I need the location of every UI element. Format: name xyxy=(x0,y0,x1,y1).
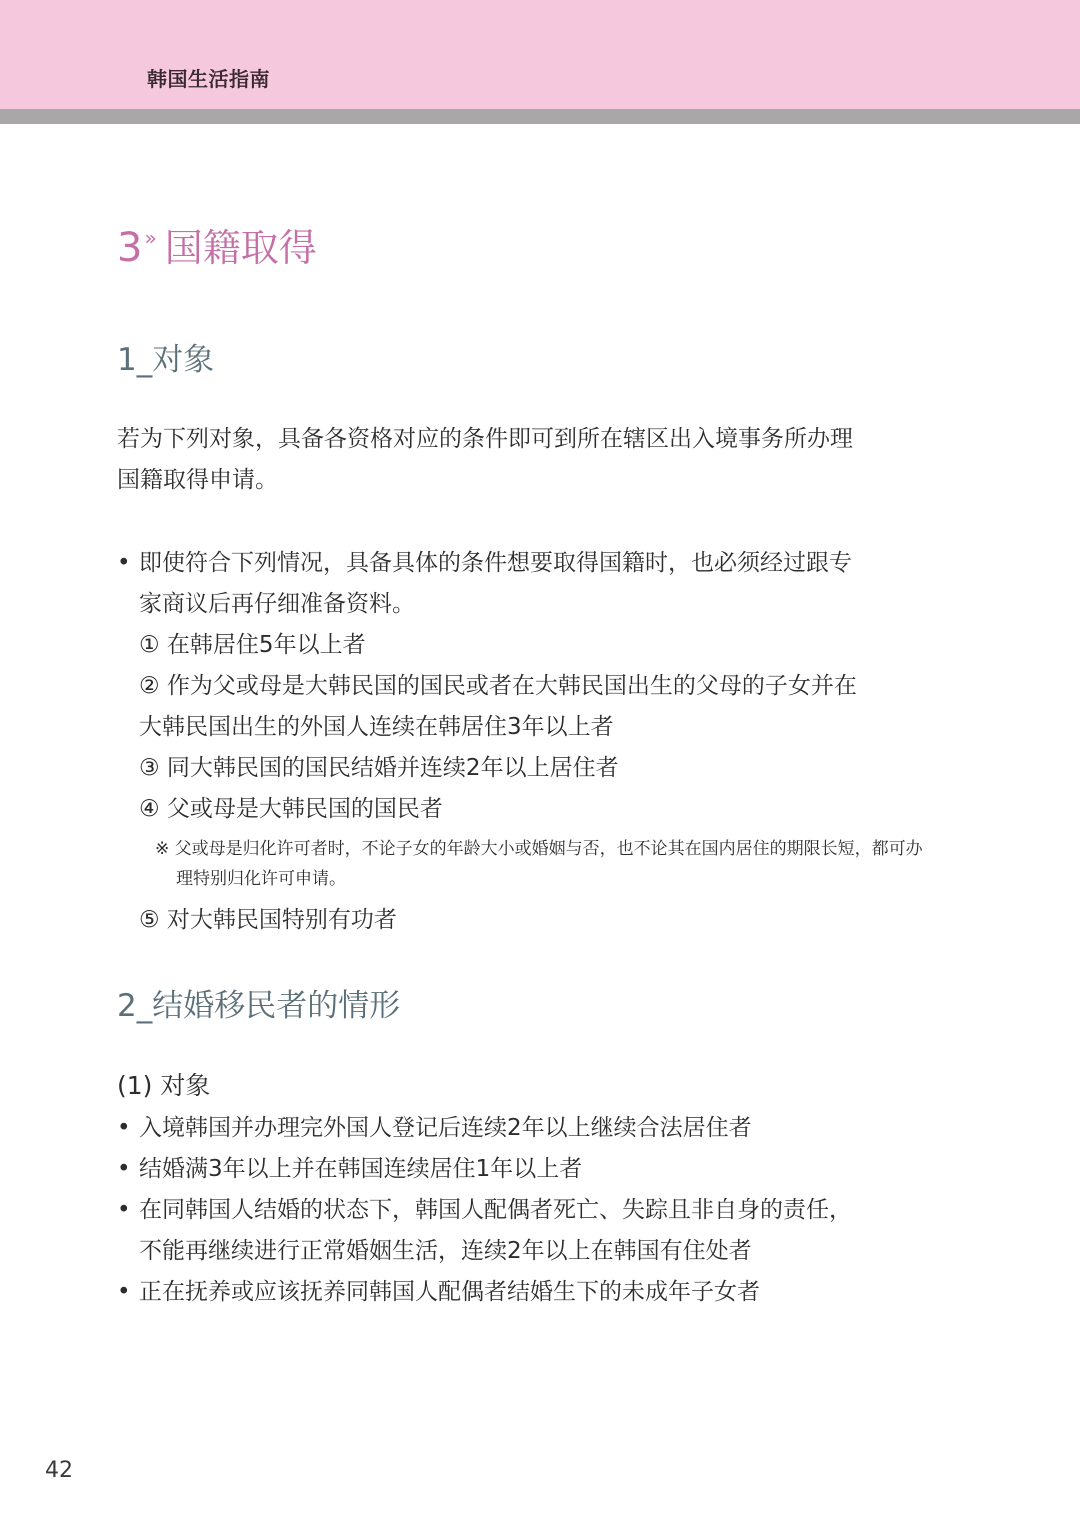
bullet-text: 在同韩国人结婚的状态下，韩国人配偶者死亡、失踪且非自身的责任， xyxy=(139,1197,852,1223)
bullet-text: 入境韩国并办理完外国人登记后连续2年以上继续合法居住者 xyxy=(139,1115,752,1141)
list-item-2: ② 作为父或母是大韩民国的国民或者在大韩民国出生的父母的子女并在 xyxy=(139,666,857,707)
intro-line: 若为下列对象，具备各资格对应的条件即可到所在辖区出入境事务所办理 xyxy=(117,419,967,460)
bullet-text-continuation: 不能再继续进行正常婚姻生活，连续2年以上在韩国有住处者 xyxy=(139,1231,752,1272)
bullet-icon: • xyxy=(117,543,139,584)
section2-bullet-2: •结婚满3年以上并在韩国连续居住1年以上者 xyxy=(117,1149,582,1190)
list-item-4: ④ 父或母是大韩民国的国民者 xyxy=(139,789,443,830)
note-text-continuation: 理特别归化许可申请。 xyxy=(176,864,346,894)
chapter-number: 3 xyxy=(117,225,142,271)
list-item-3: ③ 同大韩民国的国民结婚并连续2年以上居住者 xyxy=(139,748,619,789)
bullet-text: 结婚满3年以上并在韩国连续居住1年以上者 xyxy=(139,1156,582,1182)
header-rule-divider xyxy=(0,109,1080,124)
list-item-2-continuation: 大韩民国出生的外国人连续在韩居住3年以上者 xyxy=(139,707,614,748)
section2-bullet-1: •入境韩国并办理完外国人登记后连续2年以上继续合法居住者 xyxy=(117,1108,752,1149)
list-item-5: ⑤ 对大韩民国特别有功者 xyxy=(139,900,397,941)
bullet-icon: • xyxy=(117,1272,139,1313)
section2-bullet-3: •在同韩国人结婚的状态下，韩国人配偶者死亡、失踪且非自身的责任， xyxy=(117,1190,852,1231)
note-text: ※ 父或母是归化许可者时，不论子女的年龄大小或婚姻与否，也不论其在国内居住的期限… xyxy=(155,834,923,864)
header-band xyxy=(0,0,1080,109)
chapter-title: 3»国籍取得 xyxy=(117,214,317,272)
running-header-title: 韩国生活指南 xyxy=(147,63,270,92)
section1-intro: 若为下列对象，具备各资格对应的条件即可到所在辖区出入境事务所办理 国籍取得申请。 xyxy=(117,419,967,501)
chapter-marker-icon: » xyxy=(144,226,156,250)
chapter-title-text: 国籍取得 xyxy=(165,226,317,270)
list-item-1: ① 在韩居住5年以上者 xyxy=(139,625,366,666)
subheading-eligibility: (1) 对象 xyxy=(117,1066,210,1106)
page-number: 42 xyxy=(45,1458,73,1483)
section1-bullet: •即使符合下列情况，具备具体的条件想要取得国籍时，也必须经过跟专 xyxy=(117,543,852,584)
intro-line: 国籍取得申请。 xyxy=(117,460,967,501)
bullet-icon: • xyxy=(117,1108,139,1149)
section-heading-2: 2_结婚移民者的情形 xyxy=(117,986,400,1026)
bullet-icon: • xyxy=(117,1190,139,1231)
section-heading-1: 1_对象 xyxy=(117,340,214,380)
bullet-text-continuation: 家商议后再仔细准备资料。 xyxy=(139,584,415,625)
bullet-text: 即使符合下列情况，具备具体的条件想要取得国籍时，也必须经过跟专 xyxy=(139,550,852,576)
section2-bullet-4: •正在抚养或应该抚养同韩国人配偶者结婚生下的未成年子女者 xyxy=(117,1272,760,1313)
bullet-text: 正在抚养或应该抚养同韩国人配偶者结婚生下的未成年子女者 xyxy=(139,1279,760,1305)
bullet-icon: • xyxy=(117,1149,139,1190)
